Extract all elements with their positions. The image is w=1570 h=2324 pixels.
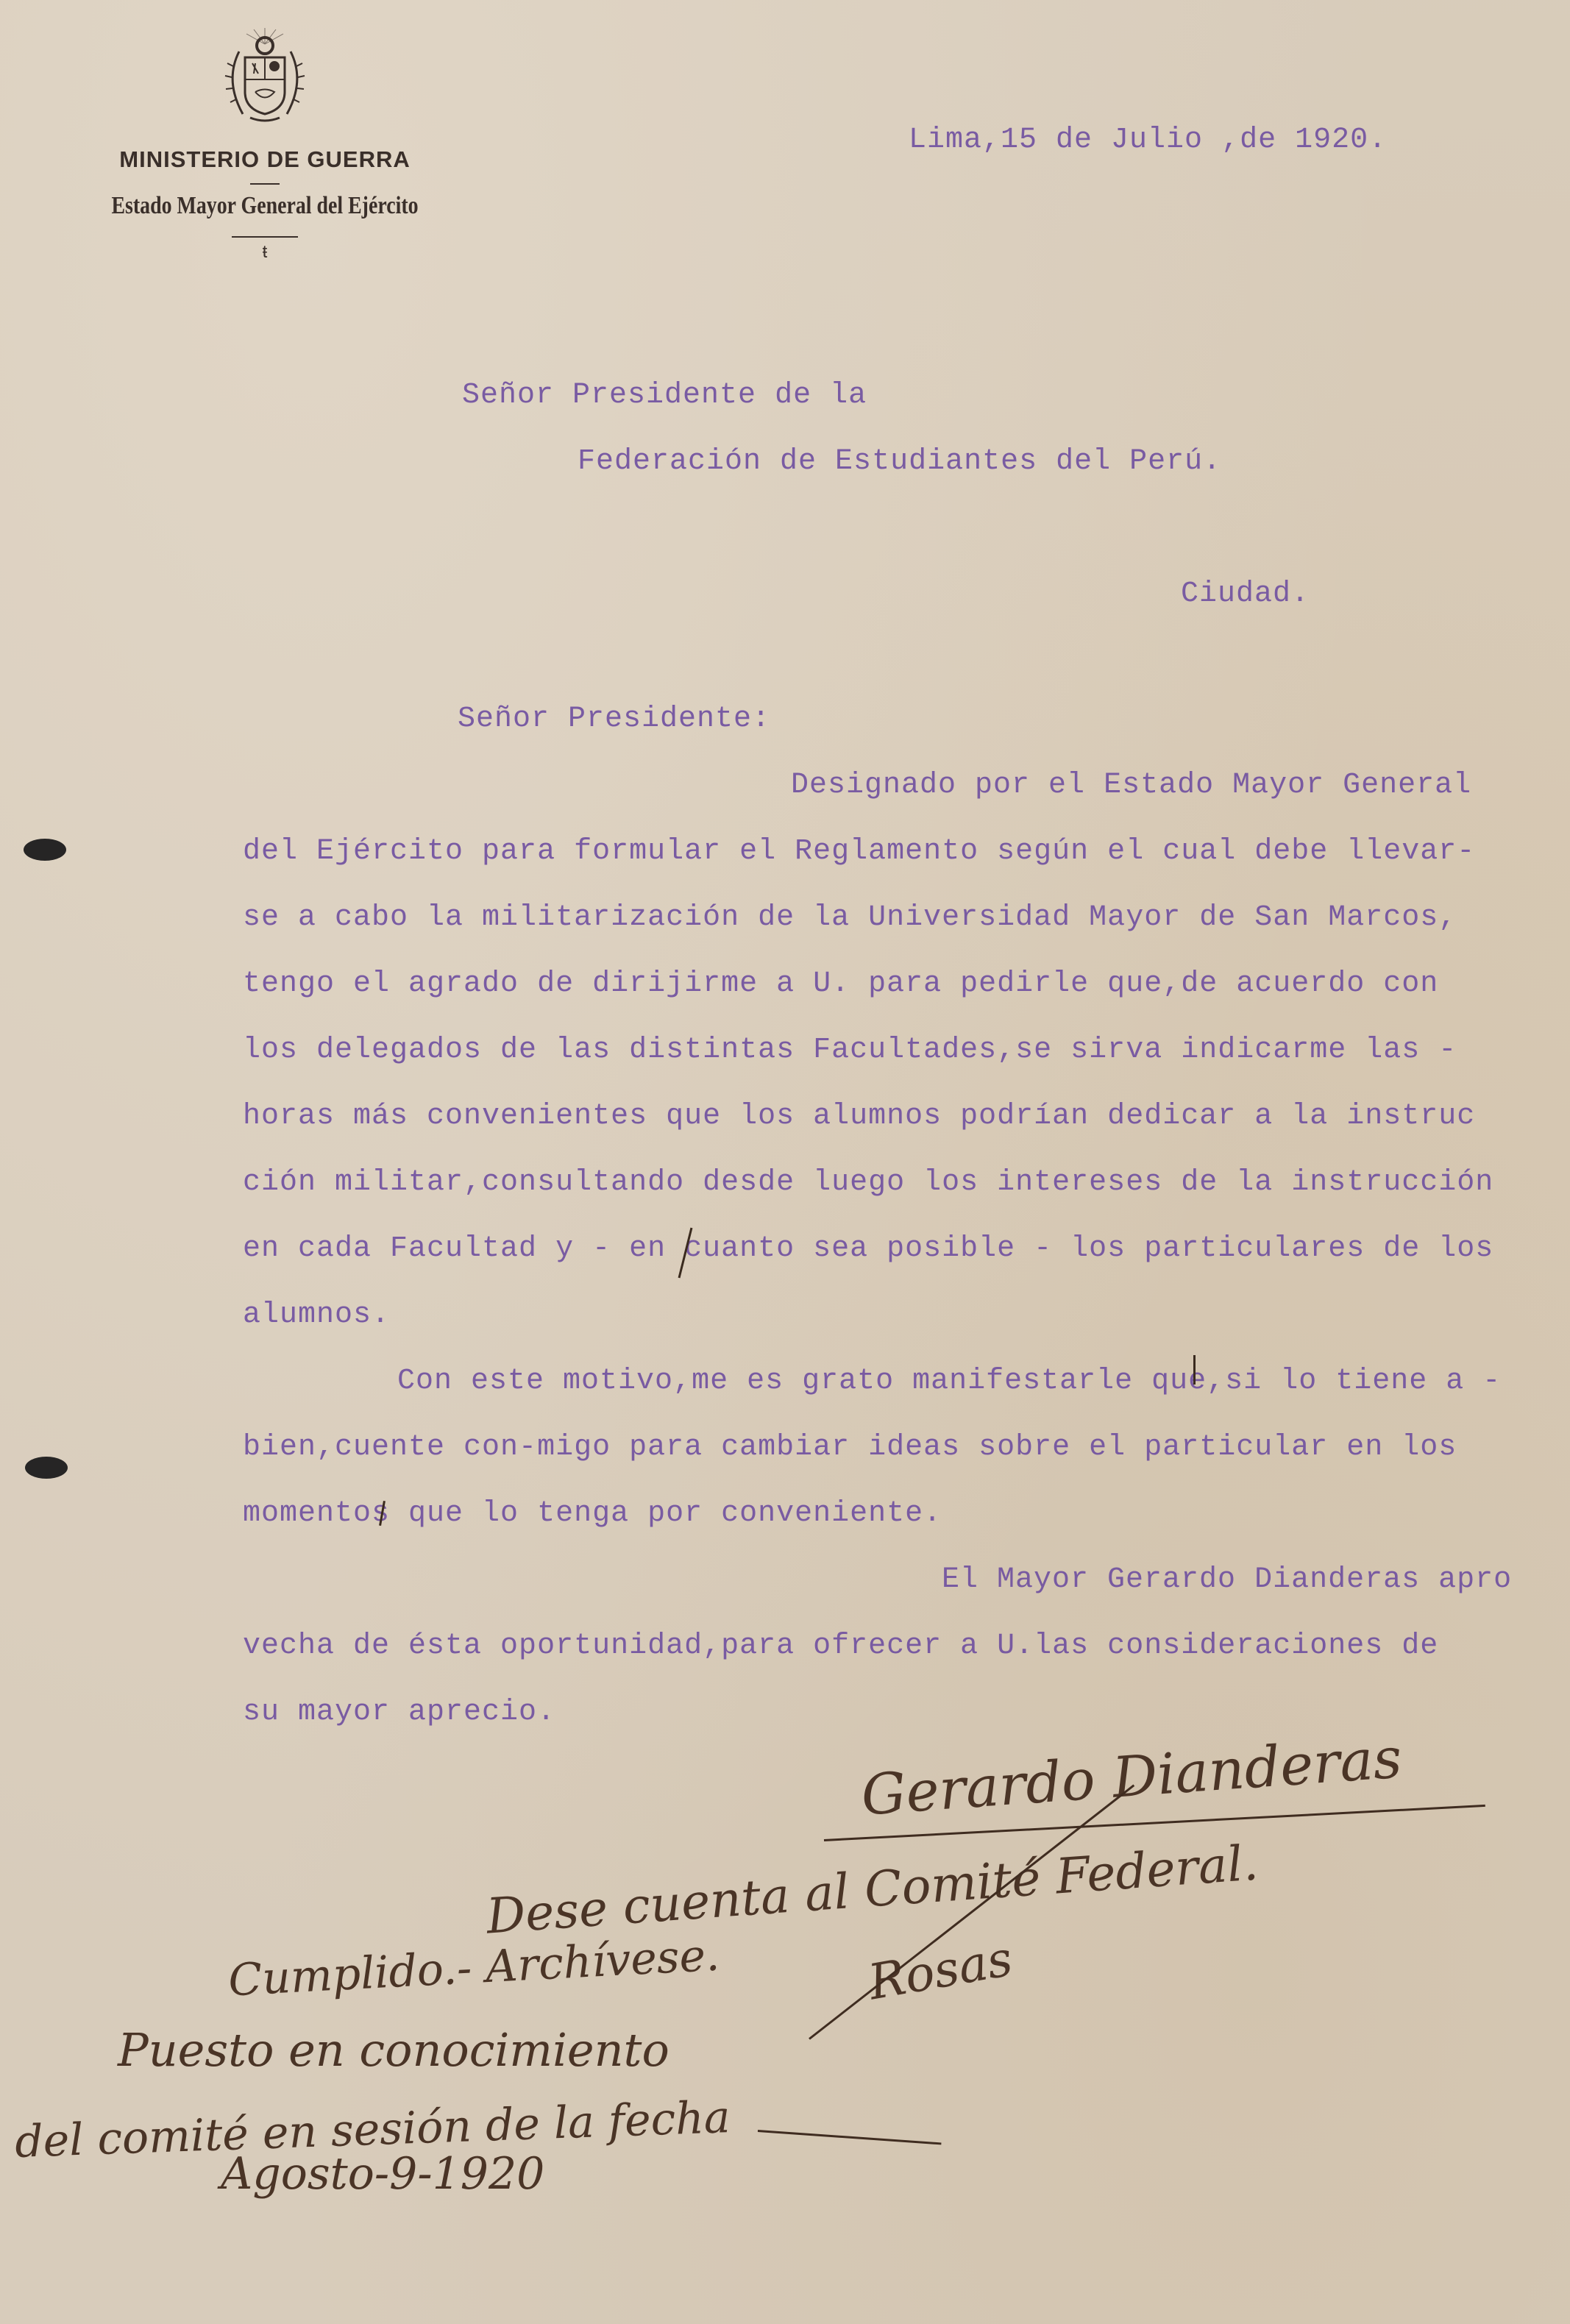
body-line: El Mayor Gerardo Dianderas apro: [942, 1563, 1512, 1596]
punch-hole: [24, 839, 66, 861]
annotation-stroke: [758, 2130, 942, 2144]
body-line: su mayor aprecio.: [243, 1696, 555, 1729]
salutation: Señor Presidente:: [458, 703, 770, 736]
letterhead: MINISTERIO DE GUERRA Estado Mayor Genera…: [59, 22, 471, 263]
date-line: Lima,15 de Julio ,de 1920.: [909, 124, 1387, 157]
body-line: bien,cuente con-migo para cambiar ideas …: [243, 1431, 1457, 1464]
body-line: alumnos.: [243, 1298, 390, 1332]
annotation-line: Cumplido.- Archívese.: [227, 1930, 721, 2007]
body-line: tengo el agrado de dirijirme a U. para p…: [243, 967, 1438, 1001]
ministry-name: MINISTERIO DE GUERRA: [59, 146, 471, 173]
body-line: se a cabo la militarización de la Univer…: [243, 901, 1457, 934]
addressee-line-2: Federación de Estudiantes del Perú.: [578, 445, 1221, 478]
annotation-date: Agosto-9-1920: [221, 2148, 544, 2200]
body-line: vecha de ésta oportunidad,para ofrecer a…: [243, 1630, 1438, 1663]
body-line: horas más convenientes que los alumnos p…: [243, 1100, 1475, 1133]
body-line: Con este motivo,me es grato manifestarle…: [397, 1365, 1501, 1398]
body-line: los delegados de las distintas Facultade…: [243, 1034, 1457, 1067]
body-line: Designado por el Estado Mayor General: [791, 769, 1471, 802]
correction-mark: [1193, 1355, 1196, 1385]
department-name: Estado Mayor General del Ejército: [96, 192, 433, 220]
letterhead-divider: [250, 183, 280, 185]
addressee-line-1: Señor Presidente de la: [462, 379, 867, 412]
annotation-line: Dese cuenta al Comité Federal.: [485, 1834, 1260, 1944]
annotation-line: Puesto en conocimiento: [118, 2023, 669, 2077]
punch-hole: [25, 1457, 68, 1479]
annotation-signature: Rosas: [864, 1930, 1017, 2011]
body-line: ción militar,consultando desde luego los…: [243, 1166, 1493, 1199]
body-line: en cada Facultad y - en cuanto sea posib…: [243, 1232, 1493, 1265]
body-line: del Ejército para formular el Reglamento…: [243, 835, 1475, 868]
addressee-city: Ciudad.: [1181, 578, 1310, 611]
peru-coat-of-arms-icon: [210, 22, 320, 132]
letterhead-divider-2: [232, 236, 298, 238]
body-line: momentos que lo tenga por conveniente.: [243, 1497, 942, 1530]
letterhead-mark-icon: ŧ: [59, 242, 471, 263]
